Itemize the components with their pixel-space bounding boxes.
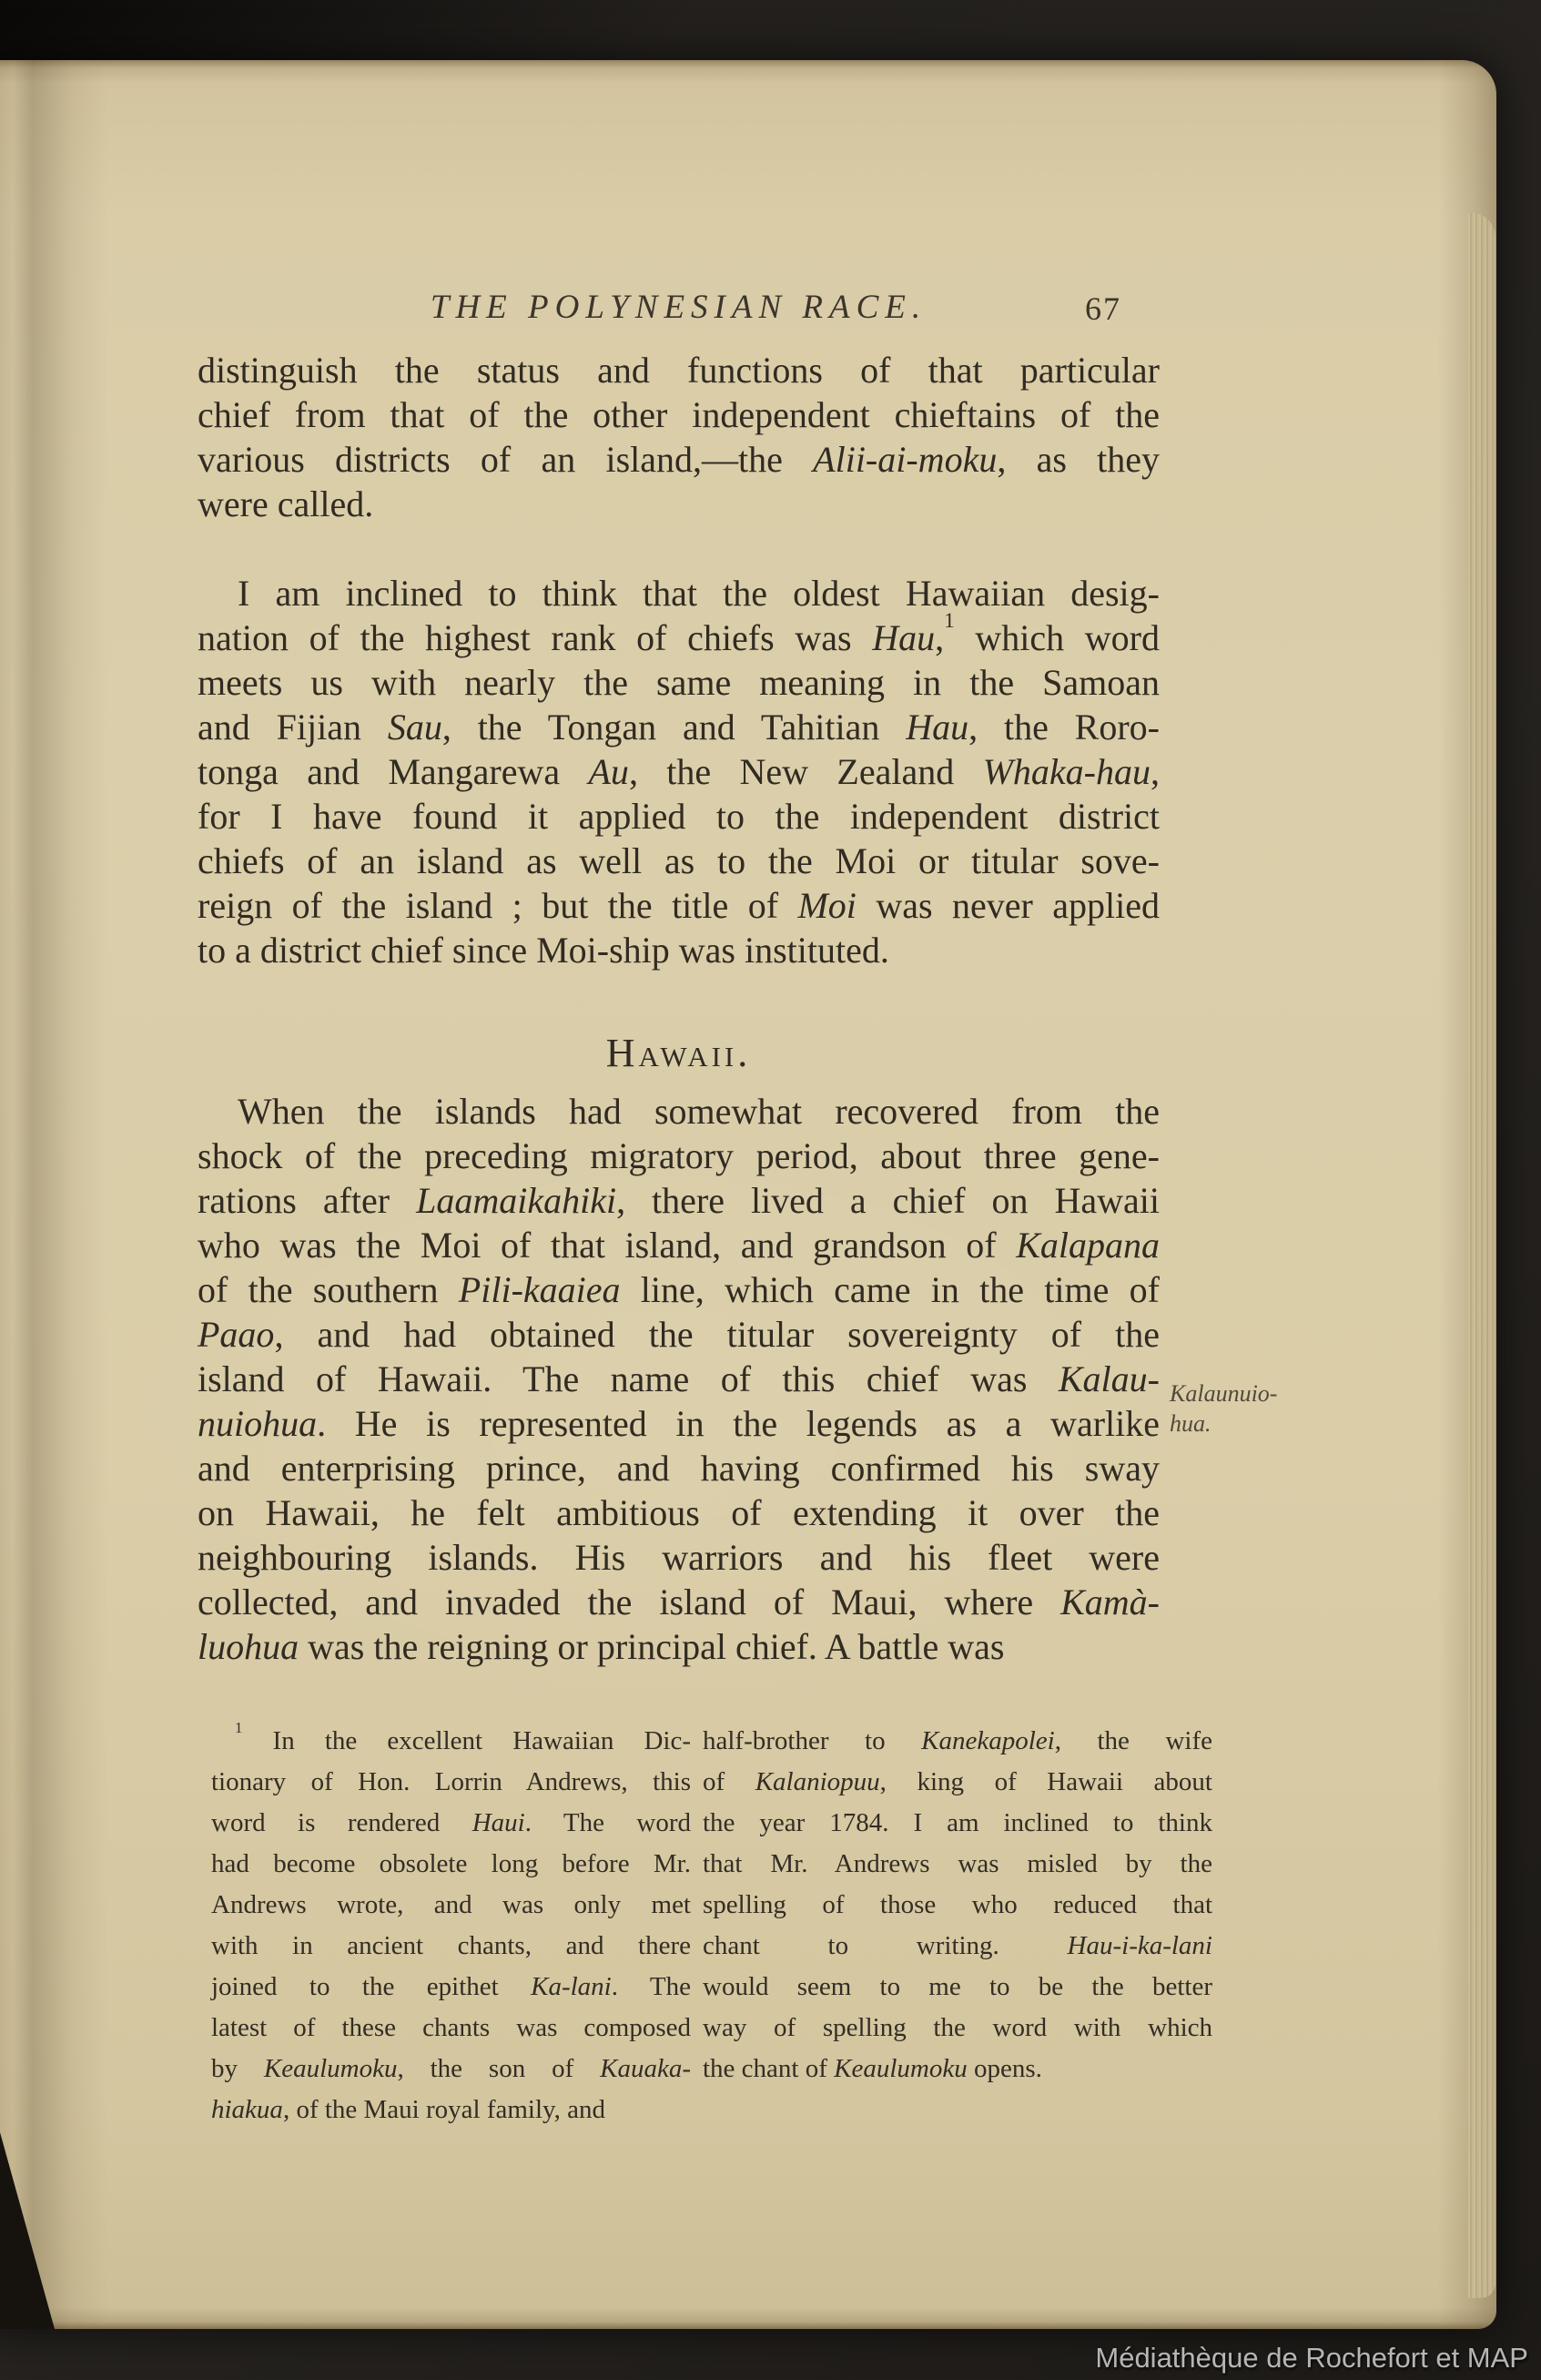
section-heading-hawaii: Hawaii.: [198, 1031, 1160, 1076]
running-head: THE POLYNESIAN RACE. 67: [198, 288, 1160, 331]
page-number: 67: [1085, 290, 1121, 328]
footnote-right-column: half-brother to Kanekapolei, the wifeof …: [703, 1721, 1212, 2131]
paragraph-3: When the islands had somewhat recovered …: [198, 1089, 1160, 1669]
book-page: THE POLYNESIAN RACE. 67 distinguish the …: [0, 60, 1496, 2329]
watermark-text: Médiathèque de Rochefort et MAP: [1095, 2342, 1528, 2375]
running-title: THE POLYNESIAN RACE.: [198, 288, 1160, 328]
paragraph-2: I am inclined to think that the oldest H…: [198, 571, 1160, 972]
margin-note: Kalaunuio-hua.: [1170, 1378, 1361, 1439]
photo-backdrop: THE POLYNESIAN RACE. 67 distinguish the …: [0, 0, 1541, 2380]
footnote: 1 In the excellent Hawaiian Dic-tionary …: [211, 1721, 1212, 2131]
page-stack-fore-edge: [1468, 213, 1495, 2298]
paragraph-1: distinguish the status and functions of …: [198, 348, 1160, 526]
footnote-left-column: 1 In the excellent Hawaiian Dic-tionary …: [211, 1721, 691, 2131]
